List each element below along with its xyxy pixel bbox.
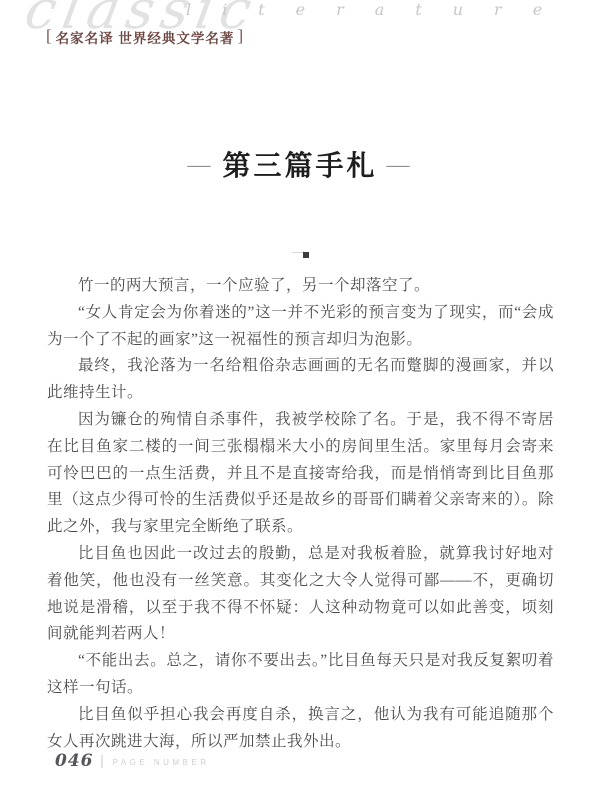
page-number: 046	[55, 751, 94, 771]
body-paragraph: 比目鱼也因此一改过去的殷勤，总是对我板着脸，就算我讨好地对着他笑，他也没有一丝笑…	[47, 541, 554, 648]
series-label-bracket-left: [	[46, 26, 53, 46]
series-label-bracket-right: ]	[237, 26, 244, 46]
chapter-title-text: 第三篇手札	[222, 151, 377, 182]
book-page: classic literature [ 名家名译 世界经典文学名著 ] —第三…	[0, 0, 600, 789]
title-dash-left: —	[187, 152, 213, 177]
body-text: 竹一的两大预言，一个应验了，另一个却落空了。 “女人肯定会为你着迷的”这一并不光…	[47, 273, 554, 755]
body-paragraph: 竹一的两大预言，一个应验了，另一个却落空了。	[47, 273, 554, 300]
footer-label: PAGE NUMBER	[113, 758, 210, 767]
section-ornament-square	[303, 252, 309, 258]
decorative-script-literature: literature	[186, 0, 573, 19]
body-paragraph: 因为镰仓的殉情自杀事件，我被学校除了名。于是，我不得不寄居在比目鱼家二楼的一间三…	[47, 407, 554, 541]
body-paragraph: “不能出去。总之，请你不要出去。”比目鱼每天只是对我反复絮叨着这样一句话。	[47, 648, 554, 702]
chapter-title: —第三篇手札—	[0, 144, 600, 184]
series-label: [ 名家名译 世界经典文学名著 ]	[46, 27, 244, 47]
body-paragraph: 最终，我沦落为一名给粗俗杂志画画的无名而蹩脚的漫画家，并以此维持生计。	[47, 353, 554, 407]
title-dash-right: —	[387, 152, 413, 177]
series-label-text: 名家名译 世界经典文学名著	[56, 27, 235, 47]
body-paragraph: “女人肯定会为你着迷的”这一并不光彩的预言变为了现实，而“会成为一个了不起的画家…	[47, 300, 554, 354]
page-footer: 046 | PAGE NUMBER	[55, 751, 210, 771]
footer-divider: |	[101, 753, 104, 770]
body-paragraph: 比目鱼似乎担心我会再度自杀，换言之，他认为我有可能追随那个女人再次跳进大海，所以…	[47, 702, 554, 756]
section-marker: 一	[0, 243, 600, 264]
